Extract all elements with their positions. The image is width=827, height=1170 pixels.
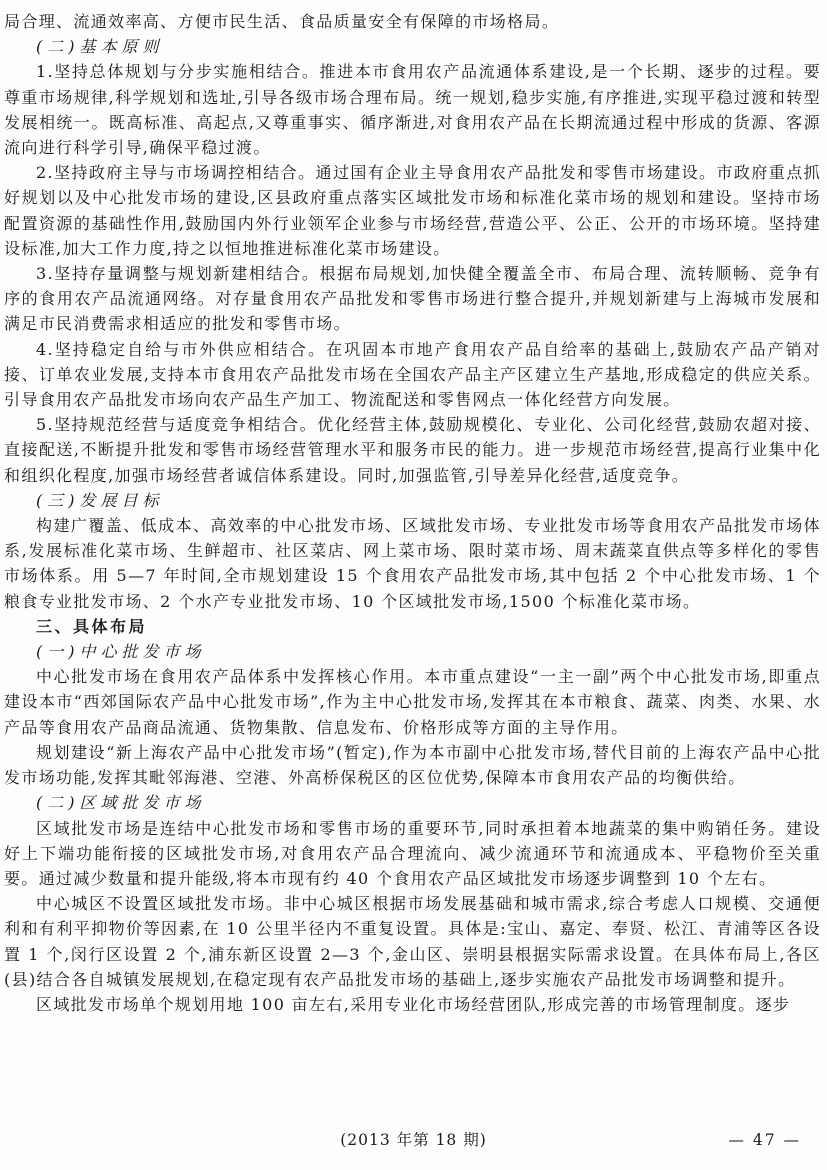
- paragraph-central-market-1: 中心批发市场在食用农产品体系中发挥核心作用。本市重点建设“一主一副”两个中心批发…: [4, 664, 821, 740]
- paragraph-continuation: 局合理、流通效率高、方便市民生活、食品质量安全有保障的市场格局。: [4, 9, 821, 34]
- issue-label: (2013 年第 18 期): [0, 1128, 827, 1152]
- document-page: 局合理、流通效率高、方便市民生活、食品质量安全有保障的市场格局。 (二)基本原则…: [0, 0, 827, 1170]
- paragraph-principle-2: 2.坚持政府主导与市场调控相结合。通过国有企业主导食用农产品批发和零售市场建设。…: [4, 160, 821, 261]
- paragraph-principle-4: 4.坚持稳定自给与市外供应相结合。在巩固本市地产食用农产品自给率的基础上,鼓励农…: [4, 337, 821, 413]
- paragraph-principle-5: 5.坚持规范经营与适度竞争相结合。优化经营主体,鼓励规模化、专业化、公司化经营,…: [4, 412, 821, 488]
- subsection-heading-development-goals: (三)发展目标: [4, 488, 821, 513]
- paragraph-regional-market-2: 中心城区不设置区域批发市场。非中心城区根据市场发展基础和城市需求,综合考虑人口规…: [4, 891, 821, 992]
- paragraph-regional-market-3: 区域批发市场单个规划用地 100 亩左右,采用专业化市场经营团队,形成完善的市场…: [4, 992, 821, 1017]
- paragraph-central-market-2: 规划建设“新上海农产品中心批发市场”(暂定),作为本市副中心批发市场,替代目前的…: [4, 740, 821, 790]
- paragraph-principle-1: 1.坚持总体规划与分步实施相结合。推进本市食用农产品流通体系建设,是一个长期、逐…: [4, 59, 821, 160]
- paragraph-principle-3: 3.坚持存量调整与规划新建相结合。根据布局规划,加快健全覆盖全市、布局合理、流转…: [4, 261, 821, 337]
- page-number: — 47 —: [728, 1128, 801, 1152]
- subsection-heading-basic-principles: (二)基本原则: [4, 34, 821, 59]
- subsection-heading-central-market: (一)中心批发市场: [4, 639, 821, 664]
- section-heading-specific-layout: 三、具体布局: [4, 614, 821, 639]
- paragraph-regional-market-1: 区域批发市场是连结中心批发市场和零售市场的重要环节,同时承担着本地蔬菜的集中购销…: [4, 816, 821, 892]
- paragraph-development-goals: 构建广覆盖、低成本、高效率的中心批发市场、区域批发市场、专业批发市场等食用农产品…: [4, 513, 821, 614]
- page-footer: (2013 年第 18 期) — 47 —: [0, 1128, 827, 1152]
- subsection-heading-regional-market: (二)区域批发市场: [4, 790, 821, 815]
